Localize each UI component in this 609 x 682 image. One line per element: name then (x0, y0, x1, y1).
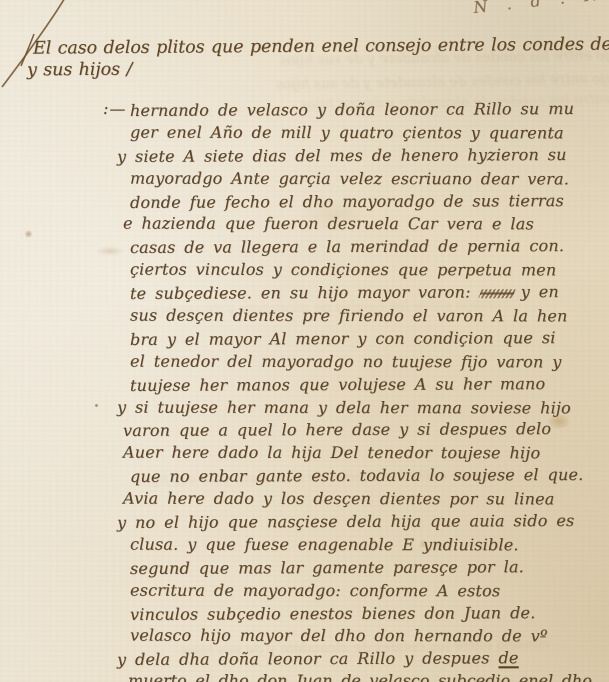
ink-speck (95, 404, 98, 407)
manuscript-line: que no enbar gante esto. todavia lo souj… (130, 464, 560, 489)
manuscript-line: ger enel Año de mill y quatro çientos y … (130, 122, 560, 146)
manuscript-line: donde fue fecho el dho mayoradgo de sus … (130, 190, 560, 215)
manuscript-line: el tenedor del mayoradgo no tuujese fijo… (130, 350, 560, 374)
manuscript-line: sus desçen dientes pre firiendo el varon… (130, 305, 560, 329)
manuscript-line: hernando de velasco y doña leonor ca Ril… (130, 98, 560, 123)
manuscript-line: vinculos subçedio enestos bienes don Jua… (130, 602, 560, 627)
manuscript-line: Avia here dado y los desçen dientes por … (123, 488, 560, 512)
manuscript-line: y no el hijo que nasçiese dela hija que … (117, 510, 560, 535)
heading-line-2: y sus hijos / (27, 60, 132, 81)
manuscript-body: hernando de velasco y doña leonor ca Ril… (130, 99, 560, 671)
manuscript-line: segund que mas lar gamente paresçe por l… (130, 556, 560, 581)
line-text-segment: y en (521, 282, 559, 301)
manuscript-line: casas de va llegera e la merindad de per… (130, 235, 560, 260)
crossed-out-word (478, 289, 516, 298)
manuscript-line: escritura de mayoradgo: conforme A estos (130, 579, 560, 603)
manuscript-line: bra y el mayor Al menor y con condiçion … (130, 327, 560, 352)
paragraph-marker: :— (103, 99, 126, 118)
manuscript-line: e hazienda que fueron desruela Car vera … (123, 213, 560, 237)
line-text-segment: y dela dha doña leonor ca Rillo y despue… (117, 649, 499, 670)
manuscript-line: y si tuujese her mana y dela her mana so… (117, 396, 560, 420)
heading-line-1: El caso delos plitos que penden enel con… (33, 33, 609, 58)
clipped-bottom-line: muerto el dho don Juan de velasco subçed… (128, 671, 592, 682)
manuscript-page: N . d . N consejo entre los condes de al… (0, 0, 609, 682)
manuscript-line: çiertos vinculos y condiçiones que perpe… (130, 259, 560, 283)
manuscript-line: clusa. y que fuese enagenable E yndiuisi… (130, 534, 560, 558)
manuscript-line: varon que a quel lo here dase y si despu… (123, 419, 560, 444)
manuscript-line: y siete A siete dias del mes de henero h… (117, 144, 560, 169)
manuscript-line: mayoradgo Ante garçia velez escriuano de… (130, 167, 560, 191)
line-text-segment: te subçediese. en su hijo mayor varon: (130, 283, 471, 303)
manuscript-line-with-underline: y dela dha doña leonor ca Rillo y despue… (117, 647, 560, 672)
manuscript-line: tuujese her manos que volujese A su her … (130, 373, 560, 398)
manuscript-line: Auer here dado la hija Del tenedor touje… (123, 442, 560, 466)
manuscript-line: velasco hijo mayor del dho don hernando … (130, 625, 560, 649)
manuscript-line-with-strikeout: te subçediese. en su hijo mayor varon:y … (130, 281, 560, 306)
underlined-word: de (498, 649, 518, 668)
